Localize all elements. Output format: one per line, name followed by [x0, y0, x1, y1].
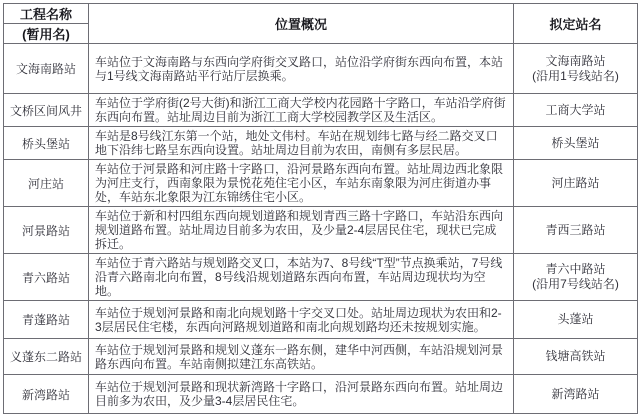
station-temp-name: 文海南路站 — [4, 44, 89, 94]
proposed-name-text: 青西三路站 — [545, 223, 605, 237]
station-temp-name: 青蓬路站 — [4, 301, 89, 339]
station-location-desc: 车站位于青六路站与规划路交叉口，本站为7、8号线“T型”节点换乘站，7号线沿青六… — [89, 254, 514, 301]
station-location-desc: 车站位于新和村四组东西向规划道路和规划青西三路十字路口，车站沿东西向规划道路布置… — [89, 207, 514, 254]
header-project-name: 工程名称 (暂用名) — [4, 4, 89, 44]
table-row: 桥头堡站 车站是8号线江东第一个站，地处文伟村。车站在规划纬七路与经二路交叉口地… — [4, 127, 638, 160]
station-location-desc: 车站位于河景路和河庄路十字路口，沿河景路东西向布置。站址周边西北象限为河庄支行，… — [89, 160, 514, 207]
table-row: 文桥区间风井 车站位于学府街(2号大街)和浙江工商大学校内花园路十字路口，车站沿… — [4, 94, 638, 127]
station-temp-name: 桥头堡站 — [4, 127, 89, 160]
station-temp-name: 义蓬东二路站 — [4, 339, 89, 375]
station-location-desc: 车站位于学府街(2号大街)和浙江工商大学校内花园路十字路口，车站沿学府街东西向布… — [89, 94, 514, 127]
table-row: 义蓬东二路站 车站位于规划河景路和规划义蓬东一路东侧，建华中河西侧，车站沿规划河… — [4, 339, 638, 375]
header-location-overview: 位置概况 — [89, 4, 514, 44]
table-row: 河景路站 车站位于新和村四组东西向规划道路和规划青西三路十字路口，车站沿东西向规… — [4, 207, 638, 254]
station-proposed-name: 新湾路站 — [514, 375, 638, 414]
station-temp-name: 青六路站 — [4, 254, 89, 301]
proposed-name-text: 新湾路站 — [551, 387, 599, 401]
header-project-name-line2: (暂用名) — [4, 24, 88, 43]
station-proposed-name: 头蓬站 — [514, 301, 638, 339]
table-header-row: 工程名称 (暂用名) 位置概况 拟定站名 — [4, 4, 638, 44]
proposed-name-text: 河庄路站 — [551, 176, 599, 190]
proposed-name-text: 文海南路站 — [545, 54, 605, 68]
table-row: 河庄站 车站位于河景路和河庄路十字路口，沿河景路东西向布置。站址周边西北象限为河… — [4, 160, 638, 207]
station-location-desc: 车站位于规划河景路和南北向规划路十字交叉口处。站址周边现状为农田和2-3层居民住… — [89, 301, 514, 339]
station-table: 工程名称 (暂用名) 位置概况 拟定站名 文海南路站 车站位于文海南路与东西向学… — [3, 3, 638, 414]
header-project-name-stack: 工程名称 (暂用名) — [4, 4, 88, 43]
station-location-desc: 车站位于规划河景路和规划义蓬东一路东侧，建华中河西侧，车站沿规划河景路东西向布置… — [89, 339, 514, 375]
header-proposed-name: 拟定站名 — [514, 4, 638, 44]
proposed-name-note: (沿用7号线站名) — [516, 277, 635, 292]
table-row: 新湾路站 车站位于规划河景路和现状新湾路十字路口，沿河景路东西向布置。站址周边目… — [4, 375, 638, 414]
station-proposed-name: 钱塘高铁站 — [514, 339, 638, 375]
proposed-name-text: 桥头堡站 — [551, 136, 599, 150]
station-temp-name: 河景路站 — [4, 207, 89, 254]
proposed-name-text: 青六中路站 — [545, 262, 605, 276]
station-proposed-name: 文海南路站 (沿用1号线站名) — [514, 44, 638, 94]
station-temp-name: 新湾路站 — [4, 375, 89, 414]
proposed-name-text: 钱塘高铁站 — [545, 349, 605, 363]
proposed-name-text: 工商大学站 — [545, 103, 605, 117]
station-proposed-name: 青六中路站 (沿用7号线站名) — [514, 254, 638, 301]
station-location-desc: 车站是8号线江东第一个站，地处文伟村。车站在规划纬七路与经二路交叉口地下沿纬七路… — [89, 127, 514, 160]
station-temp-name: 文桥区间风井 — [4, 94, 89, 127]
station-proposed-name: 工商大学站 — [514, 94, 638, 127]
station-temp-name: 河庄站 — [4, 160, 89, 207]
table-row: 青蓬路站 车站位于规划河景路和南北向规划路十字交叉口处。站址周边现状为农田和2-… — [4, 301, 638, 339]
table-row: 青六路站 车站位于青六路站与规划路交叉口，本站为7、8号线“T型”节点换乘站，7… — [4, 254, 638, 301]
header-project-name-line1: 工程名称 — [4, 4, 88, 24]
table-row: 文海南路站 车站位于文海南路与东西向学府街交叉路口，站位沿学府街东西向布置，本站… — [4, 44, 638, 94]
station-location-desc: 车站位于文海南路与东西向学府街交叉路口，站位沿学府街东西向布置，本站与1号线文海… — [89, 44, 514, 94]
station-proposed-name: 青西三路站 — [514, 207, 638, 254]
station-proposed-name: 桥头堡站 — [514, 127, 638, 160]
station-proposed-name: 河庄路站 — [514, 160, 638, 207]
proposed-name-text: 头蓬站 — [557, 312, 593, 326]
proposed-name-note: (沿用1号线站名) — [516, 69, 635, 84]
station-location-desc: 车站位于规划河景路和现状新湾路十字路口，沿河景路东西向布置。站址周边目前多为农田… — [89, 375, 514, 414]
document-page: 工程名称 (暂用名) 位置概况 拟定站名 文海南路站 车站位于文海南路与东西向学… — [0, 0, 640, 396]
